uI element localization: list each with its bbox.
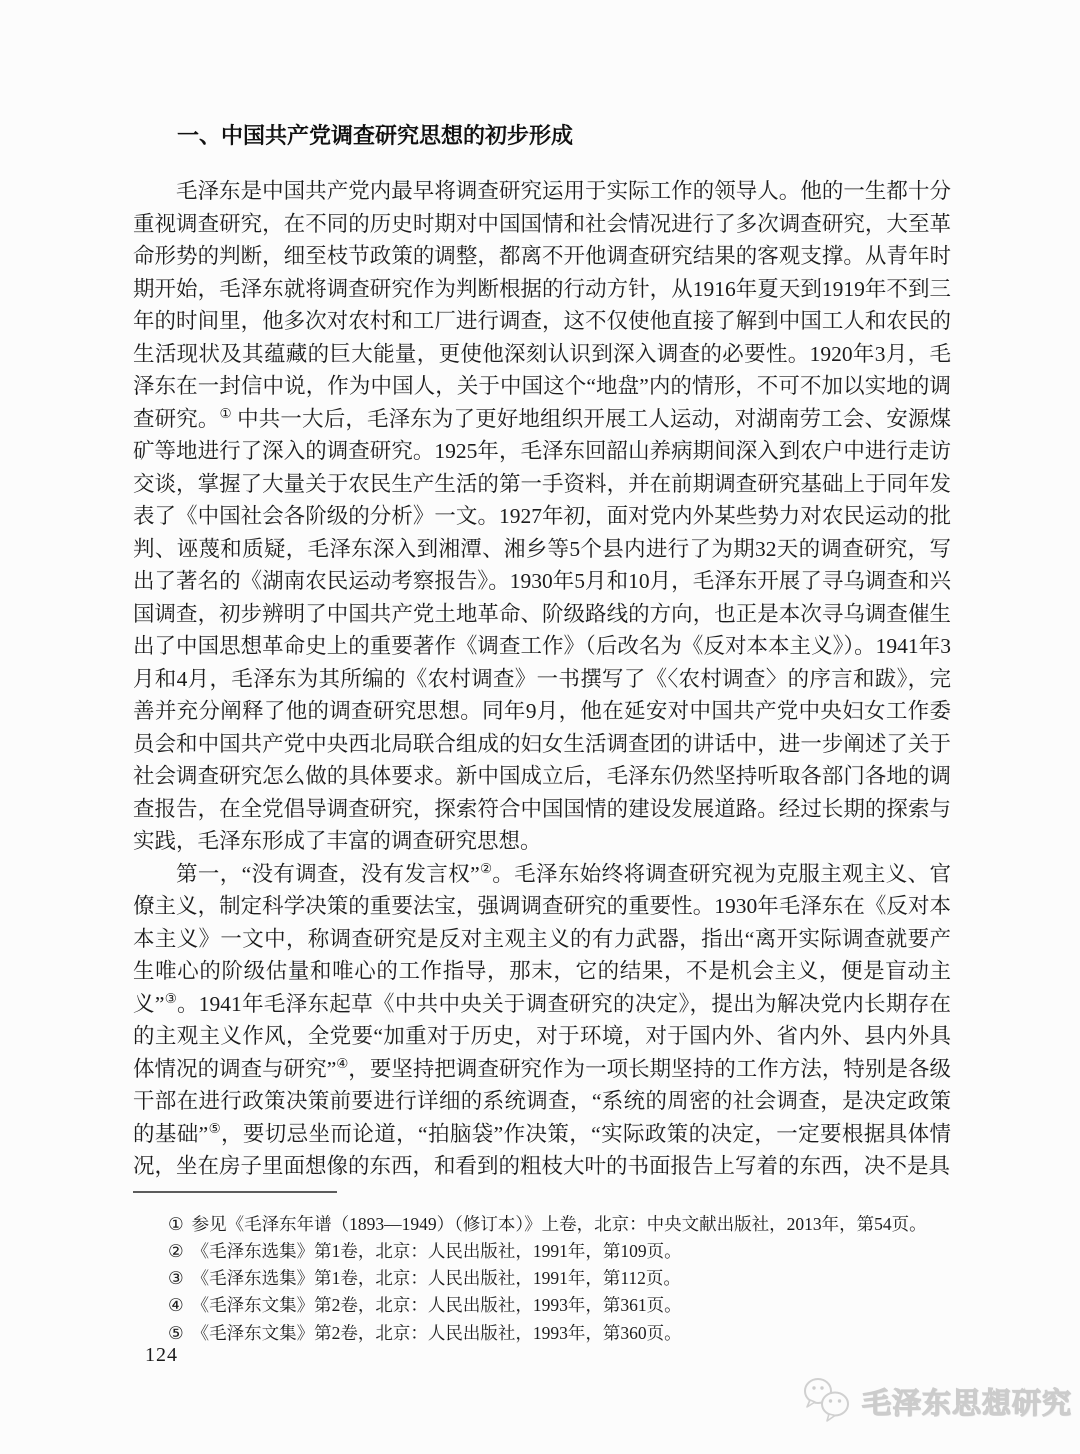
footnote-marker: ③ [168, 1268, 184, 1288]
footnote-text: 《毛泽东文集》第2卷，北京：人民出版社，1993年，第360页。 [192, 1323, 682, 1343]
footnote: ③《毛泽东选集》第1卷，北京：人民出版社，1991年，第112页。 [133, 1265, 951, 1292]
footnote-text: 《毛泽东文集》第2卷，北京：人民出版社，1993年，第361页。 [192, 1295, 682, 1315]
footnote-text: 《毛泽东选集》第1卷，北京：人民出版社，1991年，第112页。 [192, 1268, 681, 1288]
footnotes: ①参见《毛泽东年谱（1893—1949）（修订本）》上卷，北京：中央文献出版社，… [133, 1211, 951, 1347]
paragraph: 毛泽东是中国共产党内最早将调查研究运用于实际工作的领导人。他的一生都十分重视调查… [133, 175, 951, 858]
footnote-marker: ④ [168, 1295, 184, 1315]
page-number: 124 [145, 1344, 178, 1367]
footnote: ②《毛泽东选集》第1卷，北京：人民出版社，1991年，第109页。 [133, 1238, 951, 1265]
body-paragraphs: 毛泽东是中国共产党内最早将调查研究运用于实际工作的领导人。他的一生都十分重视调查… [133, 175, 951, 1183]
wechat-logo-icon [801, 1376, 855, 1426]
page-sheet: 一、中国共产党调查研究思想的初步形成 毛泽东是中国共产党内最早将调查研究运用于实… [0, 0, 1080, 1454]
footnote: ⑤《毛泽东文集》第2卷，北京：人民出版社，1993年，第360页。 [133, 1320, 951, 1347]
watermark: 毛泽东思想研究 [801, 1376, 1072, 1426]
main-content: 一、中国共产党调查研究思想的初步形成 毛泽东是中国共产党内最早将调查研究运用于实… [133, 120, 951, 1347]
footnote-marker: ② [168, 1241, 184, 1261]
watermark-label: 毛泽东思想研究 [862, 1381, 1072, 1422]
footnote-marker: ⑤ [168, 1323, 184, 1343]
footnote: ①参见《毛泽东年谱（1893—1949）（修订本）》上卷，北京：中央文献出版社，… [133, 1211, 951, 1238]
footnote-marker: ① [168, 1214, 184, 1234]
footnote-text: 《毛泽东选集》第1卷，北京：人民出版社，1991年，第109页。 [192, 1241, 682, 1261]
paragraph: 第一，“没有调查，没有发言权”②。毛泽东始终将调查研究视为克服主观主义、官僚主义… [133, 858, 951, 1183]
footnote: ④《毛泽东文集》第2卷，北京：人民出版社，1993年，第361页。 [133, 1292, 951, 1319]
footnote-text: 参见《毛泽东年谱（1893—1949）（修订本）》上卷，北京：中央文献出版社，2… [192, 1214, 927, 1234]
section-heading: 一、中国共产党调查研究思想的初步形成 [133, 120, 951, 152]
document-page: { "page": { "number": "124", "background… [0, 0, 1080, 1454]
footnote-separator [133, 1191, 337, 1193]
